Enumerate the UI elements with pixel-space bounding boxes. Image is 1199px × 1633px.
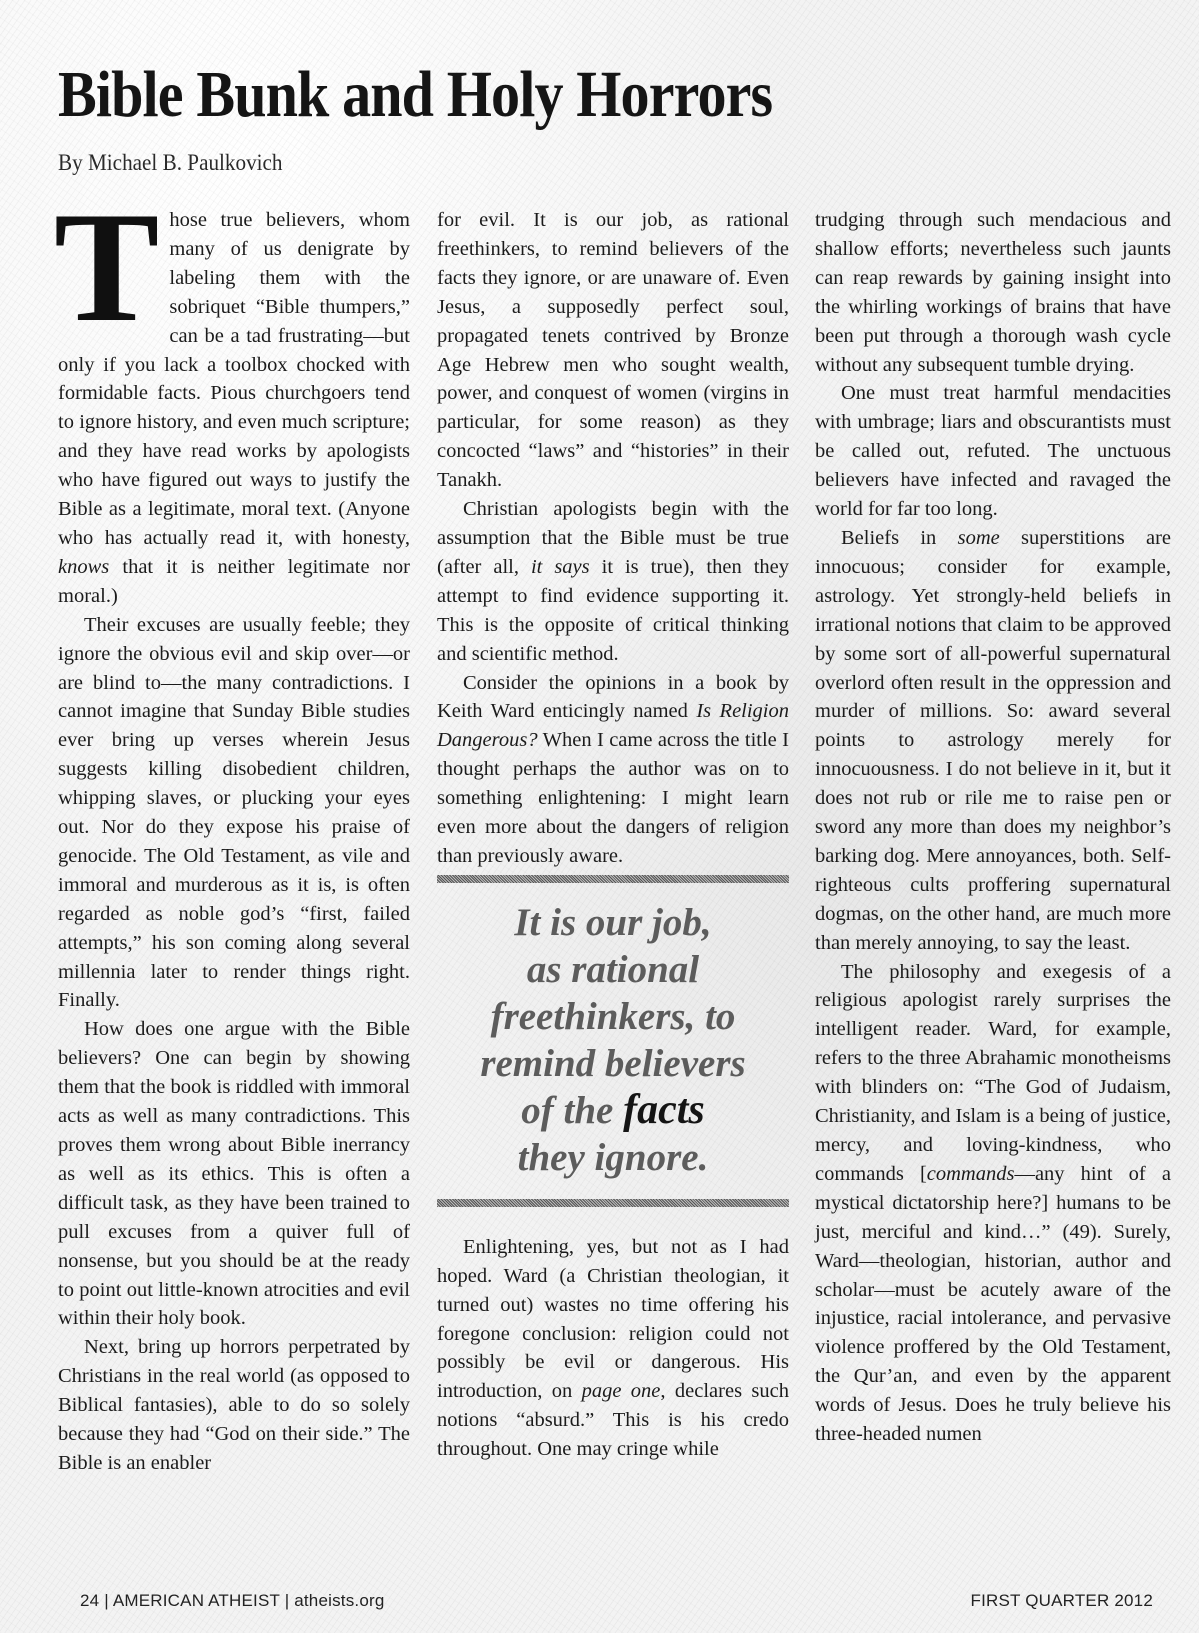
article-title: Bible Bunk and Holy Horrors	[58, 62, 772, 128]
pull-quote-emphasis: facts	[623, 1087, 705, 1133]
paragraph-4-part-1: Next, bring up horrors perpetrated by Ch…	[58, 1333, 410, 1478]
paragraph-8: One must treat harmful mendacities with …	[815, 379, 1171, 524]
text-column-1: T hose true believers, whom many of us d…	[58, 206, 410, 1478]
pull-quote-bottom-rule	[437, 1199, 789, 1207]
paragraph-4-part-2: for evil. It is our job, as rational fre…	[437, 206, 789, 495]
drop-cap: T	[54, 210, 159, 326]
pull-quote-line: remind believers	[437, 1040, 789, 1087]
paragraph-2: Their excuses are usually feeble; they i…	[58, 611, 410, 1016]
pull-quote-line: as rational	[437, 946, 789, 993]
text-column-2: for evil. It is our job, as rational fre…	[437, 206, 789, 1464]
pull-quote-line: freethinkers, to	[437, 993, 789, 1040]
paragraph-10: The philosophy and exegesis of a religio…	[815, 958, 1171, 1449]
pull-quote-line: they ignore.	[437, 1134, 789, 1181]
folio-left: 24 | AMERICAN ATHEIST | atheists.org	[80, 1591, 385, 1611]
pull-quote-line: It is our job,	[437, 899, 789, 946]
magazine-page: Bible Bunk and Holy Horrors By Michael B…	[0, 0, 1199, 1633]
pull-quote-line: of the facts	[437, 1087, 789, 1134]
paragraph-5: Christian apologists begin with the assu…	[437, 495, 789, 668]
article-byline: By Michael B. Paulkovich	[58, 150, 283, 176]
paragraph-3: How does one argue with the Bible believ…	[58, 1015, 410, 1333]
paragraph-6: Consider the opinions in a book by Keith…	[437, 669, 789, 871]
text-column-3: trudging through such mendacious and sha…	[815, 206, 1171, 1449]
folio-right: FIRST QUARTER 2012	[971, 1591, 1153, 1611]
paragraph-7-continued: trudging through such mendacious and sha…	[815, 206, 1171, 379]
paragraph-7: Enlightening, yes, but not as I had hope…	[437, 1233, 789, 1464]
paragraph-9: Beliefs in some superstitions are innocu…	[815, 524, 1171, 958]
pull-quote-top-rule	[437, 875, 789, 883]
pull-quote: It is our job, as rational freethinkers,…	[437, 887, 789, 1195]
